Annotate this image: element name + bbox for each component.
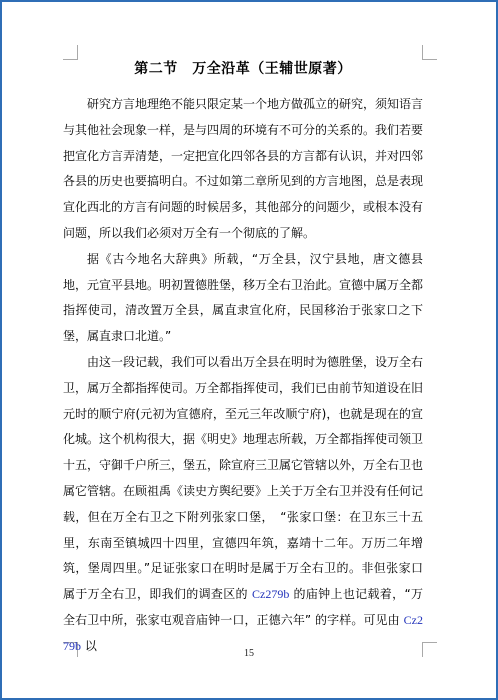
section-title: 第二节 万全沿革（王辅世原著） <box>63 54 423 84</box>
paragraph: 据《古今地名大辞典》所载，“万全县，汉宁县地，唐文德县地，元宣平县地。明初置德胜… <box>63 247 423 350</box>
text-run: 由这一段记载，我们可以看出万全县在明时为德胜堡，设万全右卫，属万全都指挥使司。万… <box>63 355 423 601</box>
crop-mark-top-right-icon <box>422 45 437 60</box>
text-area: 第二节 万全沿革（王辅世原著） 研究方言地理绝不能只限定某一个地方做孤立的研究，… <box>63 54 423 660</box>
text-run: 据《古今地名大辞典》所载，“万全县，汉宁县地，唐文德县地，元宣平县地。明初置德胜… <box>63 252 423 343</box>
document-page: 第二节 万全沿革（王辅世原著） 研究方言地理绝不能只限定某一个地方做孤立的研究，… <box>0 0 498 700</box>
survey-point-code: Cz279b <box>252 587 289 601</box>
paragraph: 研究方言地理绝不能只限定某一个地方做孤立的研究，须知语言与其他社会现象一样，是与… <box>63 92 423 247</box>
text-run: 研究方言地理绝不能只限定某一个地方做孤立的研究，须知语言与其他社会现象一样，是与… <box>63 97 423 240</box>
document-body: 研究方言地理绝不能只限定某一个地方做孤立的研究，须知语言与其他社会现象一样，是与… <box>63 92 423 660</box>
page-number: 15 <box>2 648 496 659</box>
paragraph: 由这一段记载，我们可以看出万全县在明时为德胜堡，设万全右卫，属万全都指挥使司。万… <box>63 350 423 660</box>
